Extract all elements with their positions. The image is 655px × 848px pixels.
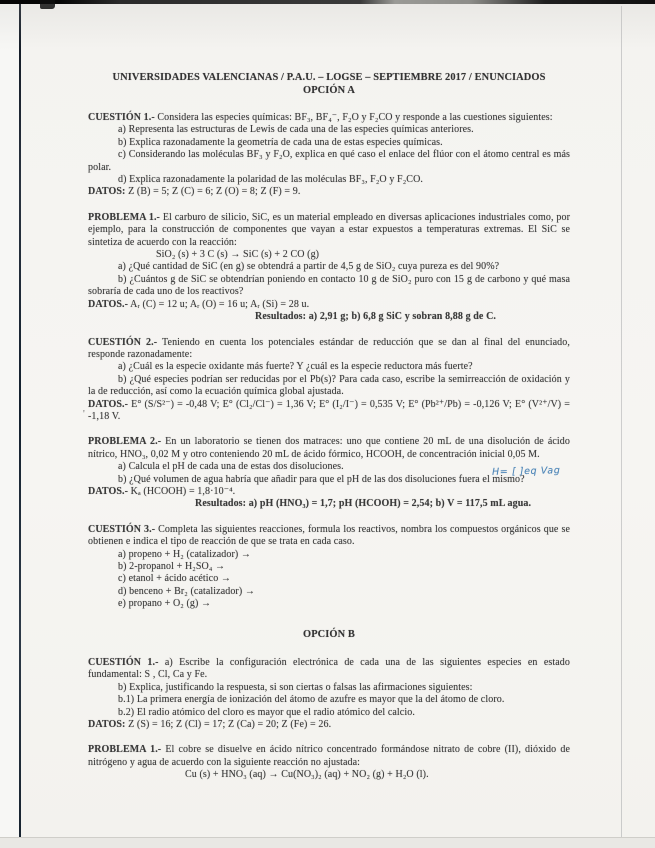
- cuestion1b-item-b1: b.1) La primera energía de ionización de…: [88, 694, 570, 706]
- cuestion3a-item-c: c) etanol + ácido acético →: [88, 573, 570, 585]
- cuestion2a-item-b: b) ¿Qué especies podrían ser reducidas p…: [88, 374, 570, 399]
- section-a-problema1: PROBLEMA 1.- El carburo de silicio, SiC,…: [88, 212, 570, 324]
- problema1b-equation: Cu (s) + HNO₃ (aq) → Cu(NO₃)₂ (aq) + NO₂…: [88, 769, 570, 781]
- cuestion1a-item-a: a) Representa las estructuras de Lewis d…: [88, 124, 570, 136]
- problema1a-datos-text: Aᵣ (C) = 12 u; Aᵣ (O) = 16 u; Aᵣ (Si) = …: [130, 299, 309, 310]
- problema1a-datos: DATOS.- Aᵣ (C) = 12 u; Aᵣ (O) = 16 u; Aᵣ…: [88, 299, 570, 311]
- cuestion1a-intro: CUESTIÓN 1.- Considera las especies quím…: [88, 112, 570, 124]
- problema1a-item-b: b) ¿Cuántos g de SiC se obtendrían ponie…: [88, 274, 570, 299]
- cuestion1a-item-d: d) Explica razonadamente la polaridad de…: [88, 174, 570, 186]
- cuestion1a-datos: DATOS: Z (B) = 5; Z (C) = 6; Z (O) = 8; …: [88, 186, 570, 198]
- option-b-heading: OPCIÓN B: [88, 629, 570, 641]
- cuestion1a-label: CUESTIÓN 1.-: [88, 112, 155, 123]
- document-header: UNIVERSIDADES VALENCIANAS / P.A.U. – LOG…: [88, 71, 570, 97]
- problema1b-intro: PROBLEMA 1.- El cobre se disuelve en áci…: [88, 744, 570, 769]
- cuestion1b-label: CUESTIÓN 1.-: [88, 657, 159, 668]
- problema1a-equation: SiO₂ (s) + 3 C (s) → SiC (s) + 2 CO (g): [88, 249, 570, 261]
- scan-edge-bottom: [0, 837, 655, 848]
- cuestion1b-intro: CUESTIÓN 1.- a) Escribe la configuración…: [88, 657, 570, 682]
- scan-edge-left: [19, 0, 21, 848]
- cuestion1b-datos-label: DATOS:: [88, 719, 125, 730]
- cuestion3a-intro-text: Completa las siguientes reacciones, form…: [88, 524, 570, 547]
- cuestion3a-intro: CUESTIÓN 3.- Completa las siguientes rea…: [88, 524, 570, 549]
- scan-margin-strip: [0, 0, 19, 848]
- problema2a-intro-text: En un laboratorio se tienen dos matraces…: [88, 436, 570, 459]
- cuestion1b-item-b: b) Explica, justificando la respuesta, s…: [88, 682, 570, 694]
- cuestion1a-intro-text: Considera las especies químicas: BF₃, BF…: [157, 112, 552, 123]
- section-a-cuestion1: CUESTIÓN 1.- Considera las especies quím…: [88, 112, 570, 199]
- problema2a-datos-text: Kₐ (HCOOH) = 1,8·10⁻⁴.: [131, 486, 236, 497]
- section-a-cuestion3: CUESTIÓN 3.- Completa las siguientes rea…: [88, 524, 570, 611]
- scan-shadow-top: [0, 4, 655, 50]
- handwritten-annotation: H= [ ]eq Vag: [492, 465, 561, 478]
- section-a-cuestion2: CUESTIÓN 2.- Teniendo en cuenta los pote…: [88, 337, 570, 424]
- cuestion2a-intro: CUESTIÓN 2.- Teniendo en cuenta los pote…: [88, 337, 570, 362]
- problema1a-intro: PROBLEMA 1.- El carburo de silicio, SiC,…: [88, 212, 570, 249]
- problema1b-intro-text: El cobre se disuelve en ácido nítrico co…: [88, 744, 570, 767]
- header-title: UNIVERSIDADES VALENCIANAS / P.A.U. – LOG…: [88, 71, 570, 84]
- section-b-problema1: PROBLEMA 1.- El cobre se disuelve en áci…: [88, 744, 570, 781]
- cuestion2a-item-a: a) ¿Cuál es la especie oxidante más fuer…: [88, 361, 570, 373]
- cuestion1b-datos: DATOS: Z (S) = 16; Z (Cl) = 17; Z (Ca) =…: [88, 719, 570, 731]
- cuestion1b-datos-text: Z (S) = 16; Z (Cl) = 17; Z (Ca) = 20; Z …: [128, 719, 331, 730]
- problema2a-datos-label: DATOS.-: [88, 486, 128, 497]
- cuestion1a-datos-text: Z (B) = 5; Z (C) = 6; Z (O) = 8; Z (F) =…: [128, 186, 300, 197]
- problema1a-intro-text: El carburo de silicio, SiC, es un materi…: [88, 212, 570, 248]
- cuestion3a-item-e: e) propano + O₂ (g) →: [88, 598, 570, 610]
- problema2a-resultados: Resultados: a) pH (HNO₃) = 1,7; pH (HCOO…: [88, 498, 570, 510]
- problema2a-intro: PROBLEMA 2.- En un laboratorio se tienen…: [88, 436, 570, 461]
- cuestion3a-label: CUESTIÓN 3.-: [88, 524, 155, 535]
- option-a-heading: OPCIÓN A: [88, 84, 570, 97]
- cuestion2a-label: CUESTIÓN 2.-: [88, 337, 157, 348]
- cuestion3a-item-d: d) benceno + Br₂ (catalizador) →: [88, 586, 570, 598]
- problema1b-label: PROBLEMA 1.-: [88, 744, 161, 755]
- cuestion1b-intro-text: a) Escribe la configuración electrónica …: [88, 657, 570, 680]
- scan-edge-right: [621, 6, 622, 840]
- problema2a-label: PROBLEMA 2.-: [88, 436, 161, 447]
- cuestion1a-item-b: b) Explica razonadamente la geometría de…: [88, 137, 570, 149]
- cuestion1a-item-c: c) Considerando las moléculas BF₃ y F₂O,…: [88, 149, 570, 174]
- cuestion2a-datos-text: E° (S/S²⁻) = -0,48 V; E° (Cl₂/Cl⁻) = 1,3…: [88, 399, 570, 422]
- cuestion2a-datos-label: DATOS.-: [88, 399, 128, 410]
- problema1a-item-a: a) ¿Qué cantidad de SiC (en g) se obtend…: [88, 261, 570, 273]
- cuestion2a-datos: DATOS.- E° (S/S²⁻) = -0,48 V; E° (Cl₂/Cl…: [88, 399, 570, 424]
- margin-mark: ': [83, 409, 85, 420]
- section-b-cuestion1: CUESTIÓN 1.- a) Escribe la configuración…: [88, 657, 570, 731]
- problema1a-datos-label: DATOS.-: [88, 299, 128, 310]
- problema1a-resultados: Resultados: a) 2,91 g; b) 6,8 g SiC y so…: [88, 311, 570, 323]
- cuestion2a-intro-text: Teniendo en cuenta los potenciales están…: [88, 337, 570, 360]
- cuestion3a-item-b: b) 2-propanol + H₂SO₄ →: [88, 561, 570, 573]
- scanned-exam-page: UNIVERSIDADES VALENCIANAS / P.A.U. – LOG…: [0, 0, 655, 848]
- problema2a-datos: DATOS.- Kₐ (HCOOH) = 1,8·10⁻⁴.: [88, 486, 570, 498]
- document-content: UNIVERSIDADES VALENCIANAS / P.A.U. – LOG…: [88, 71, 570, 795]
- problema1a-label: PROBLEMA 1.-: [88, 212, 160, 223]
- cuestion1b-item-b2: b.2) El radio atómico del cloro es mayor…: [88, 707, 570, 719]
- cuestion1a-datos-label: DATOS:: [88, 186, 125, 197]
- cuestion3a-item-a: a) propeno + H₂ (catalizador) →: [88, 549, 570, 561]
